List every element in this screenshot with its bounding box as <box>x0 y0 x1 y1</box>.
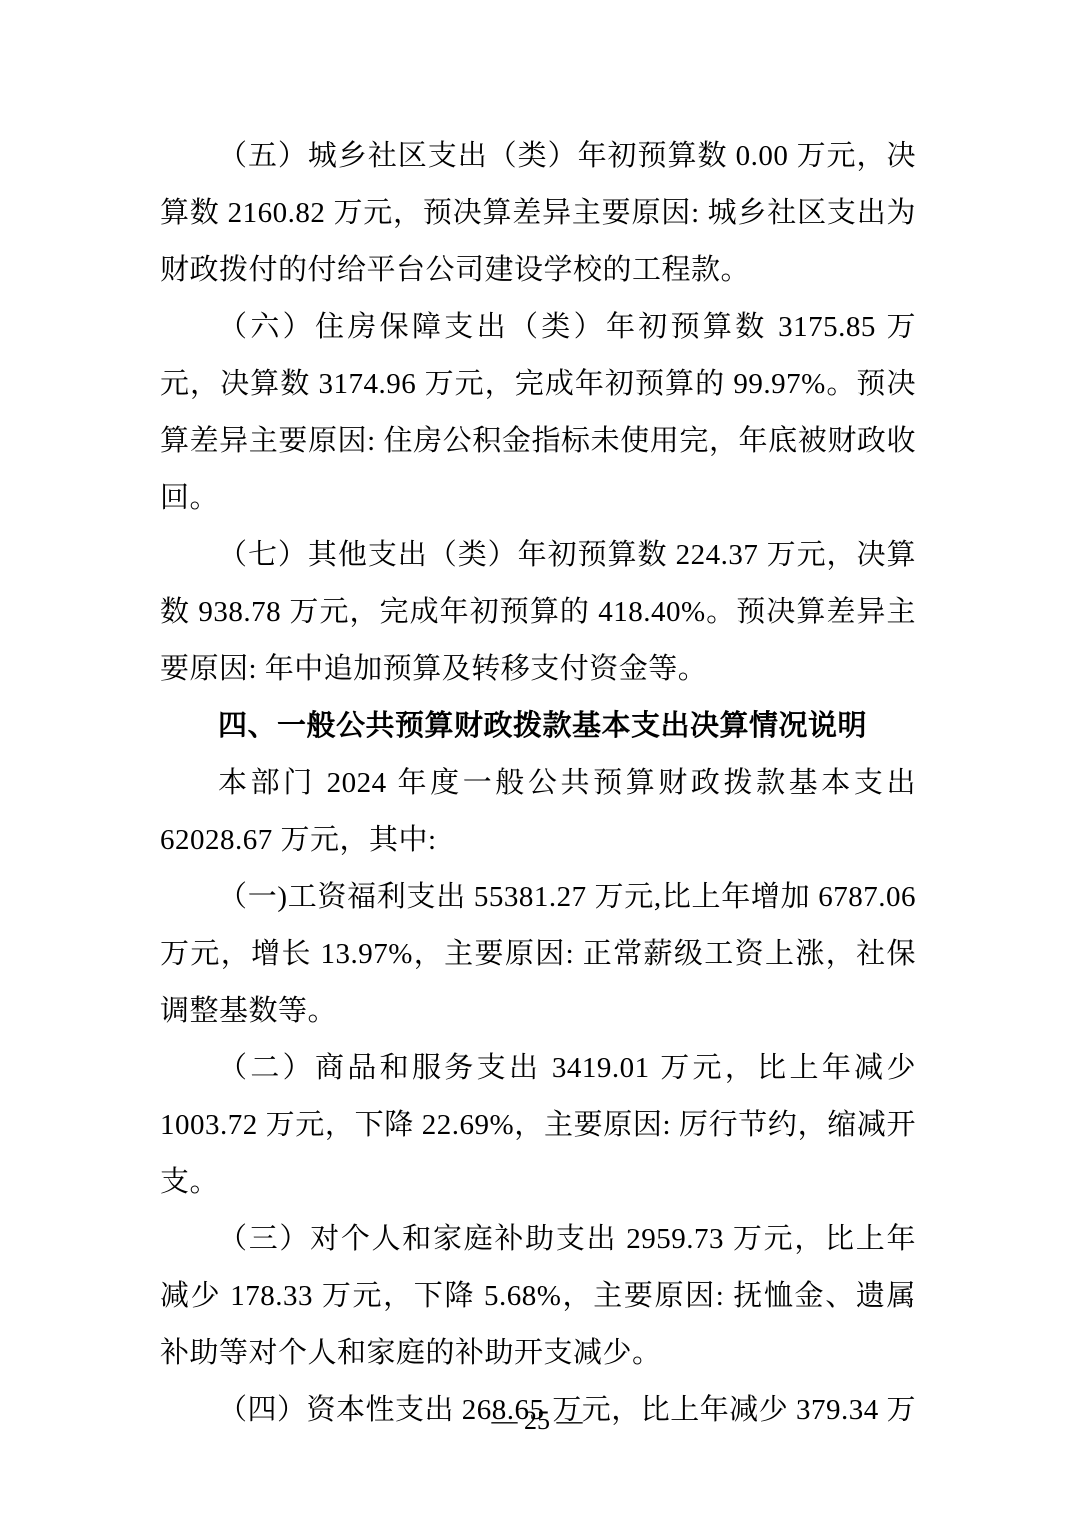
paragraph-basic-expenditure-total: 本部门 2024 年度一般公共预算财政拨款基本支出 62028.67 万元，其中… <box>160 755 916 869</box>
paragraph-urban-rural-community-expenditure: （五）城乡社区支出（类）年初预算数 0.00 万元，决算数 2160.82 万元… <box>160 128 916 299</box>
paragraph-wage-welfare-expenditure: （一)工资福利支出 55381.27 万元,比上年增加 6787.06 万元，增… <box>160 869 916 1040</box>
paragraph-other-expenditure: （七）其他支出（类）年初预算数 224.37 万元，决算数 938.78 万元，… <box>160 527 916 698</box>
document-body: （五）城乡社区支出（类）年初预算数 0.00 万元，决算数 2160.82 万元… <box>160 128 916 1439</box>
section-heading-basic-expenditure: 四、一般公共预算财政拨款基本支出决算情况说明 <box>160 698 916 755</box>
document-page: （五）城乡社区支出（类）年初预算数 0.00 万元，决算数 2160.82 万元… <box>0 0 1074 1520</box>
page-footer: — 25 — <box>0 1404 1074 1438</box>
paragraph-housing-security-expenditure: （六）住房保障支出（类）年初预算数 3175.85 万元，决算数 3174.96… <box>160 299 916 527</box>
page-number: — 25 — <box>492 1406 583 1435</box>
paragraph-individual-family-subsidy: （三）对个人和家庭补助支出 2959.73 万元，比上年减少 178.33 万元… <box>160 1211 916 1382</box>
paragraph-goods-services-expenditure: （二）商品和服务支出 3419.01 万元，比上年减少 1003.72 万元，下… <box>160 1040 916 1211</box>
